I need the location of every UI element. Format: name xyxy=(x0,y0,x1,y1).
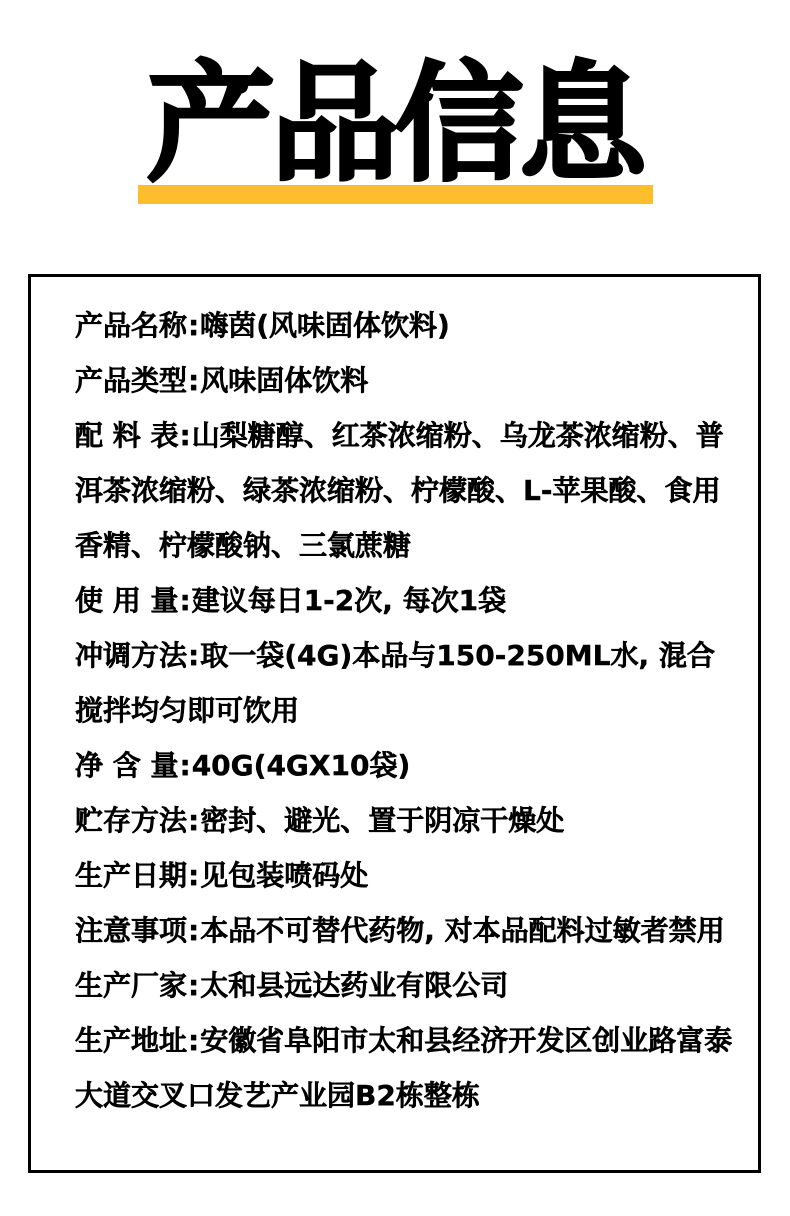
field-value: 建议每日1-2次, 每次1袋 xyxy=(192,584,506,617)
field-separator: : xyxy=(187,914,200,947)
field-label: 贮存方法 xyxy=(75,804,187,837)
field-label: 净 含 量 xyxy=(75,749,179,782)
field-row: 生产厂家:太和县远达药业有限公司 xyxy=(75,958,740,1013)
field-label: 注意事项 xyxy=(75,914,187,947)
field-value: 40G(4GX10袋) xyxy=(192,749,411,782)
product-info-box: 产品名称:嗨茵(风味固体饮料)产品类型:风味固体饮料配 料 表:山梨糖醇、红茶浓… xyxy=(28,274,761,1173)
field-value: 本品不可替代药物, 对本品配料过敏者禁用 xyxy=(200,914,724,947)
field-list: 产品名称:嗨茵(风味固体饮料)产品类型:风味固体饮料配 料 表:山梨糖醇、红茶浓… xyxy=(75,298,740,1123)
field-separator: : xyxy=(187,859,200,892)
page-title: 产品信息 xyxy=(0,50,790,200)
field-label: 生产厂家 xyxy=(75,969,187,1002)
field-label: 生产地址 xyxy=(75,1024,187,1057)
field-label: 冲调方法 xyxy=(75,639,187,672)
field-separator: : xyxy=(187,639,200,672)
field-label: 产品名称 xyxy=(75,309,187,342)
field-row: 净 含 量:40G(4GX10袋) xyxy=(75,738,740,793)
field-separator: : xyxy=(179,749,192,782)
field-separator: : xyxy=(187,804,200,837)
field-label: 配 料 表 xyxy=(75,419,179,452)
field-separator: : xyxy=(187,309,200,342)
field-separator: : xyxy=(187,969,200,1002)
field-row: 产品类型:风味固体饮料 xyxy=(75,353,740,408)
field-row: 贮存方法:密封、避光、置于阴凉干燥处 xyxy=(75,793,740,848)
field-row: 注意事项:本品不可替代药物, 对本品配料过敏者禁用 xyxy=(75,903,740,958)
field-label: 生产日期 xyxy=(75,859,187,892)
field-value: 嗨茵(风味固体饮料) xyxy=(200,309,450,342)
field-row: 生产地址:安徽省阜阳市太和县经济开发区创业路富泰大道交叉口发艺产业园B2栋整栋 xyxy=(75,1013,740,1123)
field-separator: : xyxy=(187,364,200,397)
field-row: 配 料 表:山梨糖醇、红茶浓缩粉、乌龙茶浓缩粉、普洱茶浓缩粉、绿茶浓缩粉、柠檬酸… xyxy=(75,408,740,573)
product-info-page: 产品信息 产品名称:嗨茵(风味固体饮料)产品类型:风味固体饮料配 料 表:山梨糖… xyxy=(0,0,790,1216)
field-label: 使 用 量 xyxy=(75,584,179,617)
field-row: 生产日期:见包装喷码处 xyxy=(75,848,740,903)
field-row: 产品名称:嗨茵(风味固体饮料) xyxy=(75,298,740,353)
field-separator: : xyxy=(179,419,192,452)
field-label: 产品类型 xyxy=(75,364,187,397)
field-value: 密封、避光、置于阴凉干燥处 xyxy=(200,804,564,837)
field-row: 使 用 量:建议每日1-2次, 每次1袋 xyxy=(75,573,740,628)
field-row: 冲调方法:取一袋(4G)本品与150-250ML水, 混合搅拌均匀即可饮用 xyxy=(75,628,740,738)
field-value: 见包装喷码处 xyxy=(200,859,368,892)
field-value: 风味固体饮料 xyxy=(200,364,368,397)
field-separator: : xyxy=(187,1024,200,1057)
field-value: 太和县远达药业有限公司 xyxy=(200,969,508,1002)
title-section: 产品信息 xyxy=(0,0,790,274)
field-separator: : xyxy=(179,584,192,617)
